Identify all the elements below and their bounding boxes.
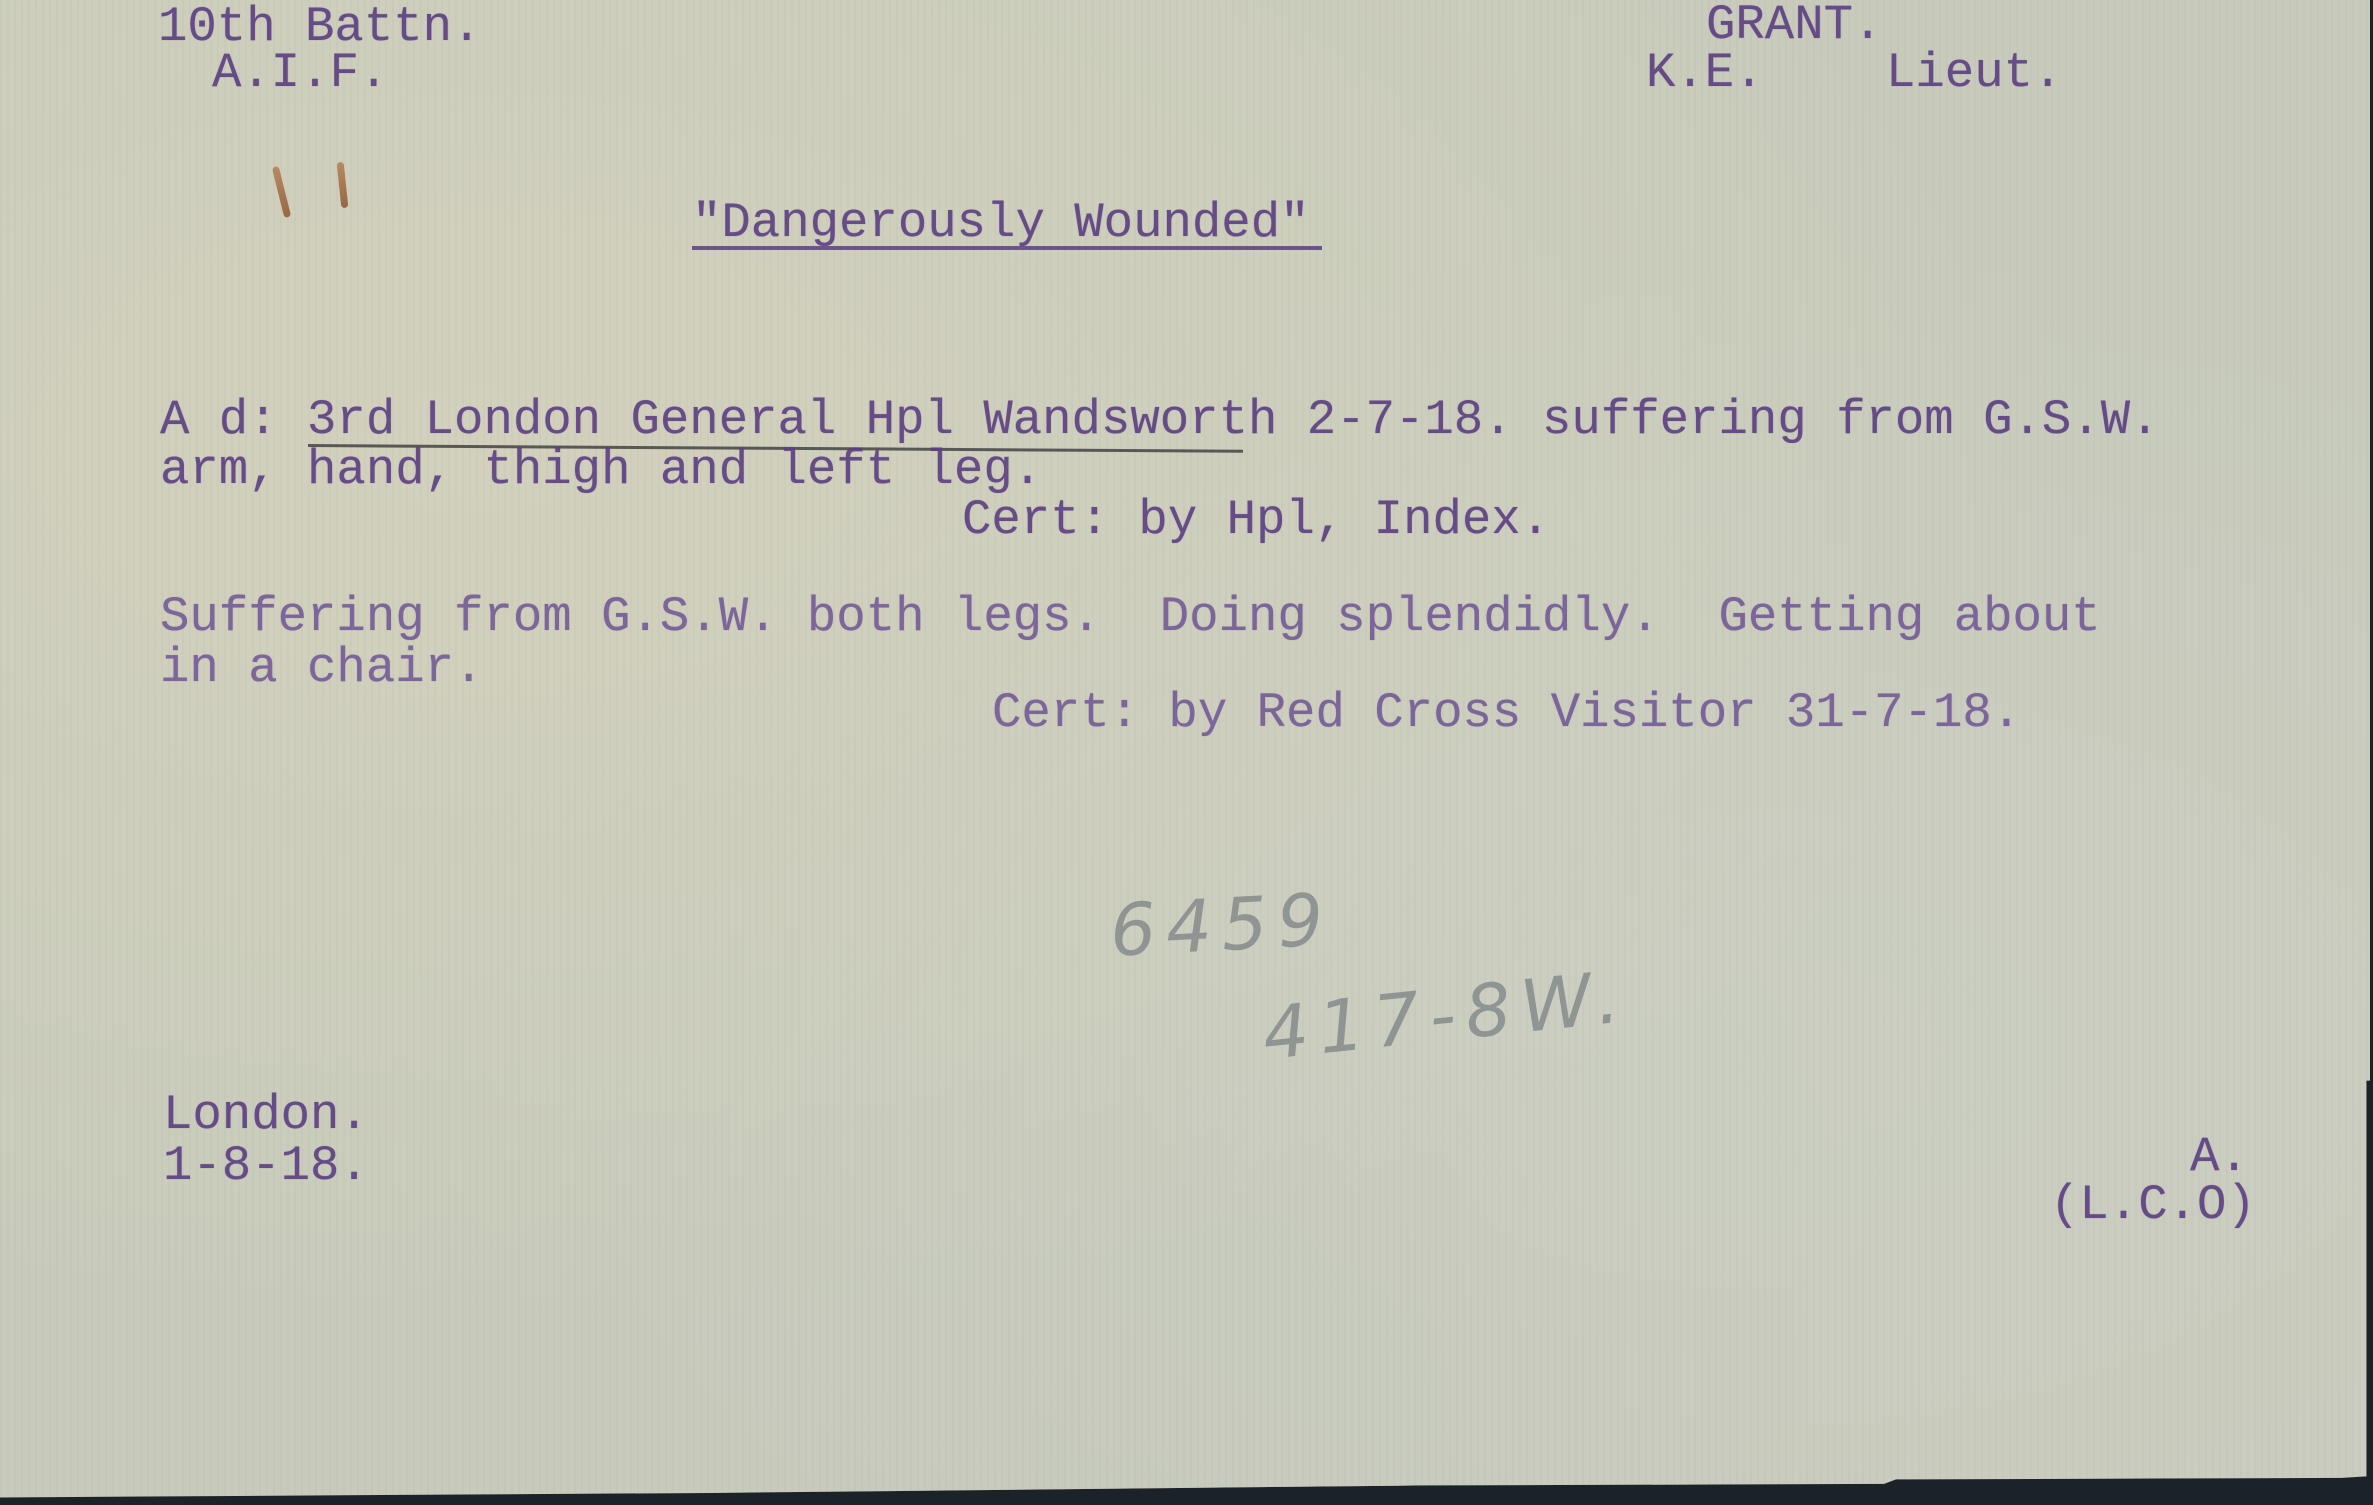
entry2-line2: in a chair. [160, 643, 483, 693]
status-title: "Dangerously Wounded" [692, 198, 1310, 248]
pencil-reference-code: 417-8W. [1259, 956, 1633, 1074]
status-title-underline [692, 246, 1322, 250]
office-name: (L.C.O) [2050, 1180, 2256, 1230]
entry2-line1: Suffering from G.S.W. both legs. Doing s… [160, 592, 2101, 642]
entry1-line2: arm, hand, thigh and left leg. [160, 445, 1042, 495]
document-card: 10th Battn. A.I.F. GRANT. K.E. Lieut. "D… [0, 0, 2370, 1505]
entry1-certification: Cert: by Hpl, Index. [962, 495, 1550, 545]
unit-line-2: A.I.F. [212, 48, 388, 98]
staple-stain-mark [337, 162, 349, 208]
rank: Lieut. [1886, 48, 2062, 98]
pencil-reference-number: 6459 [1108, 879, 1335, 971]
initials: K.E. [1646, 48, 1764, 98]
entry2-certification: Cert: by Red Cross Visitor 31-7-18. [992, 688, 2021, 738]
staple-stain-mark [272, 166, 291, 218]
office-initial: A. [2190, 1132, 2249, 1182]
footer-place: London. [163, 1090, 369, 1140]
surname: GRANT. [1706, 0, 1882, 50]
entry1-line1: A d: 3rd London General Hpl Wandsworth 2… [160, 395, 2160, 445]
footer-date: 1-8-18. [163, 1141, 369, 1191]
